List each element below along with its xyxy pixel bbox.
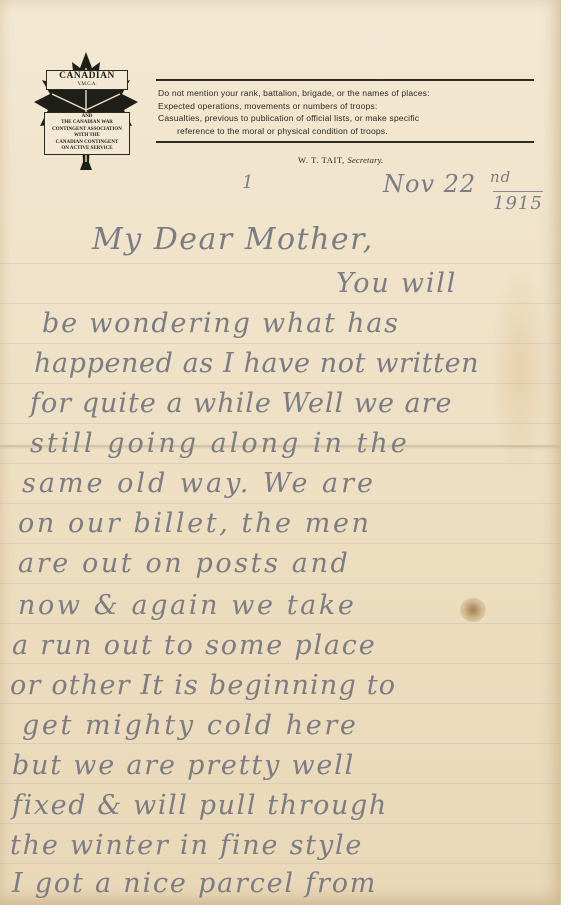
ymca-logo: CANADIAN Y.M.C.A. AND THE CANADIAN WAR C…: [32, 50, 140, 172]
letter-line: happened as I have not written: [34, 348, 479, 379]
logo-title: CANADIAN: [47, 72, 127, 82]
divider: [156, 141, 534, 143]
burn-stain: [460, 598, 486, 622]
letter-greeting: My Dear Mother,: [92, 222, 374, 257]
ruled-line: [0, 743, 560, 744]
logo-association-box: AND THE CANADIAN WAR CONTINGENT ASSOCIAT…: [44, 112, 130, 155]
notice-line: reference to the moral or physical condi…: [158, 125, 536, 138]
letter-line: but we are pretty well: [12, 750, 355, 781]
letter-line: same old way. We are: [22, 468, 376, 499]
letter-date: Nov 22: [383, 170, 476, 198]
ruled-line: [0, 263, 560, 264]
age-stain: [490, 260, 550, 480]
ruled-line: [0, 543, 560, 544]
letter-line: be wondering what has: [42, 308, 400, 339]
letter-line: are out on posts and: [18, 548, 350, 579]
censorship-notice: Do not mention your rank, battalion, bri…: [156, 79, 536, 143]
date-year: 1915: [493, 191, 543, 214]
ruled-line: [0, 503, 560, 504]
letter-line: on our billet, the men: [18, 508, 372, 539]
ruled-line: [0, 303, 560, 304]
ruled-line: [0, 463, 560, 464]
letter-line: You will: [336, 268, 457, 299]
logo-subtitle: Y.M.C.A.: [47, 82, 127, 87]
secretary-title: Secretary.: [348, 155, 384, 165]
ruled-line: [0, 583, 560, 584]
secretary-signature: W. T. TAIT, Secretary.: [298, 155, 383, 165]
letter-line: still going along in the: [30, 428, 410, 459]
letter-page: CANADIAN Y.M.C.A. AND THE CANADIAN WAR C…: [0, 0, 561, 905]
notice-line: Expected operations, movements or number…: [158, 100, 536, 113]
letter-line: get mighty cold here: [22, 710, 358, 741]
letter-line: I got a nice parcel from: [12, 868, 377, 899]
ruled-line: [0, 423, 560, 424]
page-number: 1: [242, 172, 254, 193]
logo-title-box: CANADIAN Y.M.C.A.: [46, 70, 128, 90]
ruled-line: [0, 783, 560, 784]
secretary-name: W. T. TAIT,: [298, 155, 345, 165]
ruled-line: [0, 663, 560, 664]
ruled-line: [0, 383, 560, 384]
notice-line: Do not mention your rank, battalion, bri…: [158, 87, 536, 100]
letter-line: a run out to some place: [12, 630, 377, 661]
ruled-line: [0, 703, 560, 704]
notice-line: Casualties, previous to publication of o…: [158, 112, 536, 125]
date-suffix: nd: [490, 168, 511, 186]
letter-line: for quite a while Well we are: [30, 388, 453, 419]
ruled-line: [0, 623, 560, 624]
logo-line: ON ACTIVE SERVICE: [45, 146, 129, 152]
ruled-line: [0, 343, 560, 344]
letter-line: or other It is beginning to: [10, 670, 396, 701]
letter-line: the winter in fine style: [10, 830, 363, 861]
letter-line: now & again we take: [18, 590, 356, 621]
ruled-line: [0, 823, 560, 824]
letter-line: fixed & will pull through: [12, 790, 388, 821]
ruled-line: [0, 863, 560, 864]
